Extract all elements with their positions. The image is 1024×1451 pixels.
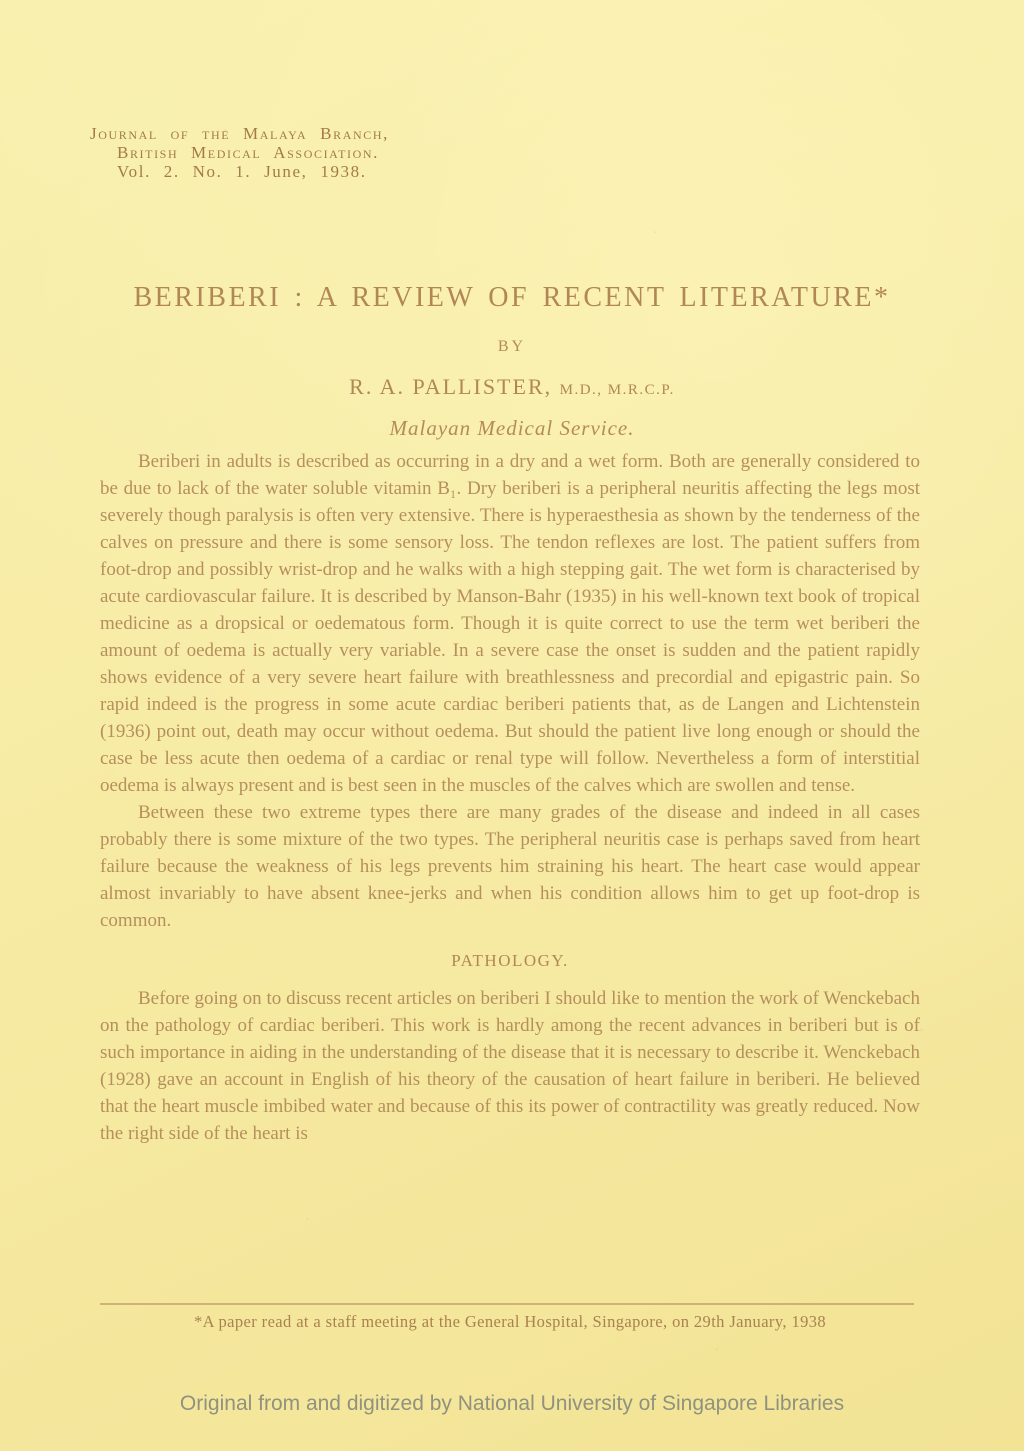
section-heading-pathology: PATHOLOGY. [100, 947, 920, 974]
article-title: BERIBERI : A REVIEW OF RECENT LITERATURE… [0, 282, 1024, 314]
intro-paragraph: Between these two extreme types there ar… [100, 799, 920, 934]
author-name: R. A. PALLISTER, [349, 374, 552, 399]
journal-masthead: Journal of the Malaya Branch, British Me… [90, 124, 389, 181]
intro-paragraph: Beriberi in adults is described as occur… [100, 448, 920, 799]
author-degrees: M.D., M.R.C.P. [560, 382, 675, 398]
masthead-volume-issue-date: Vol. 2. No. 1. June, 1938. [90, 162, 389, 181]
byline: BY [0, 338, 1024, 356]
footnote-rule [100, 1303, 914, 1305]
section-paragraph: Before going on to discuss recent articl… [100, 985, 920, 1147]
footnote: *A paper read at a staff meeting at the … [100, 1312, 920, 1332]
author-line: R. A. PALLISTER, M.D., M.R.C.P. [0, 374, 1024, 400]
masthead-association: British Medical Association. [90, 143, 389, 162]
digitization-credit: Original from and digitized by National … [0, 1392, 1024, 1416]
masthead-journal-name: Journal of the Malaya Branch, [90, 124, 389, 143]
author-affiliation: Malayan Medical Service. [0, 416, 1024, 441]
article-body: Beriberi in adults is described as occur… [100, 448, 920, 1147]
scanned-journal-page: Journal of the Malaya Branch, British Me… [0, 0, 1024, 1451]
article-heading-block: BERIBERI : A REVIEW OF RECENT LITERATURE… [0, 282, 1024, 441]
